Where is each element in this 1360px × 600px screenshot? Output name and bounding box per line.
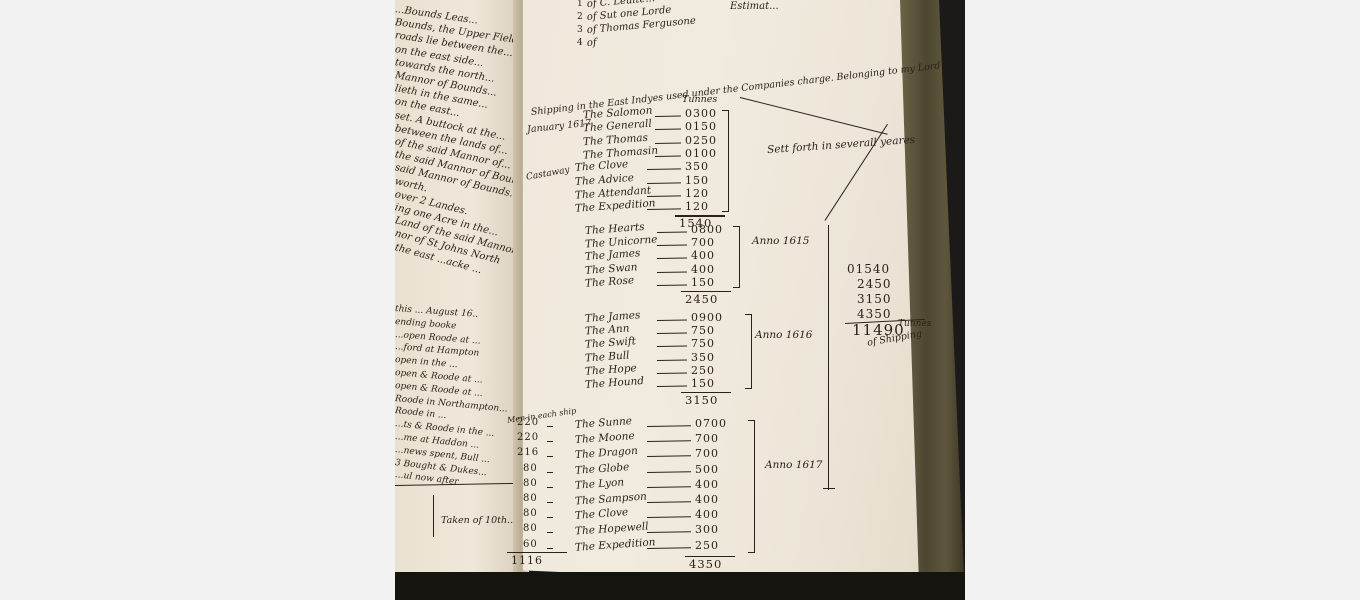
crew-dash xyxy=(547,426,553,427)
ship-crew-count: 80 xyxy=(523,464,538,474)
ship-tonnage: 120 xyxy=(685,188,709,199)
ship-tonnage: 400 xyxy=(695,494,719,505)
ship-crew-count: 220 xyxy=(517,433,539,443)
summary-line: 4350 xyxy=(857,308,892,320)
ship-tonnage: 400 xyxy=(691,250,715,261)
left-page-brace xyxy=(433,495,434,537)
ship-tonnage: 150 xyxy=(691,378,715,389)
ship-tonnage: 750 xyxy=(691,338,715,349)
ship-tonnage: 0700 xyxy=(695,418,727,429)
ship-tonnage: 250 xyxy=(695,540,719,551)
ship-tonnage: 400 xyxy=(695,509,719,520)
bottom-shadow xyxy=(395,572,965,600)
ship-crew-count: 80 xyxy=(523,509,538,519)
manuscript-photo: ...Bounds Leas...Bounds, the Upper Field… xyxy=(395,0,965,600)
ship-tonnage: 0100 xyxy=(685,148,717,159)
left-page-line: ending booke xyxy=(395,317,457,331)
ship-tonnage: 700 xyxy=(691,237,715,248)
ship-tonnage: 700 xyxy=(695,433,719,444)
crew-dash xyxy=(547,472,553,473)
ship-tonnage: 350 xyxy=(685,161,709,172)
ship-leader-line xyxy=(657,359,687,361)
top-list-number: 4 xyxy=(577,39,583,48)
ship-leader-line xyxy=(655,142,681,143)
tunnes-label: Tunnes xyxy=(682,95,717,105)
ship-leader-line xyxy=(647,182,681,184)
ship-tonnage: 120 xyxy=(685,201,709,212)
group-total: 4350 xyxy=(689,559,722,571)
crew-dash xyxy=(547,441,553,442)
ship-leader-line xyxy=(647,547,691,549)
group-bracket xyxy=(733,226,740,288)
ship-crew-count: 216 xyxy=(517,448,539,458)
ship-tonnage: 700 xyxy=(695,448,719,459)
group-note: Anno 1616 xyxy=(755,330,813,341)
summary-line: 2450 xyxy=(857,278,892,290)
ship-tonnage: 400 xyxy=(695,479,719,490)
ship-name: The Bull xyxy=(585,350,630,364)
group-bracket xyxy=(745,314,752,389)
crew-dash xyxy=(547,502,553,503)
ship-crew-count: 80 xyxy=(523,494,538,504)
ship-tonnage: 0250 xyxy=(685,135,717,146)
ship-tonnage: 300 xyxy=(695,524,719,535)
summary-line: 3150 xyxy=(857,293,892,305)
ship-leader-line xyxy=(647,471,691,473)
crew-total-rule xyxy=(507,552,567,553)
group-bracket xyxy=(722,110,729,212)
top-list-number: 3 xyxy=(577,26,583,35)
span-brace-line xyxy=(828,225,829,490)
ship-tonnage: 0150 xyxy=(685,121,717,132)
summary-unit: Tunnes xyxy=(898,320,931,329)
crew-dash xyxy=(547,456,553,457)
span-brace-tick-bottom xyxy=(823,488,835,489)
ship-tonnage: 0800 xyxy=(691,224,723,235)
crew-dash xyxy=(547,548,553,549)
ship-tonnage: 400 xyxy=(691,264,715,275)
ship-tonnage: 250 xyxy=(691,365,715,376)
crew-dash xyxy=(547,517,553,518)
ship-tonnage: 150 xyxy=(691,277,715,288)
summary-line: 01540 xyxy=(847,263,890,275)
ship-tonnage: 150 xyxy=(685,175,709,186)
ship-crew-count: 60 xyxy=(523,540,538,550)
top-list-number: 1 xyxy=(577,0,583,9)
top-list-brace-note: Estimat... xyxy=(730,2,779,12)
group-bracket xyxy=(748,420,755,553)
crew-dash xyxy=(547,487,553,488)
ship-tonnage: 0900 xyxy=(691,312,723,323)
group-note: Anno 1617 xyxy=(765,460,823,471)
left-page: ...Bounds Leas...Bounds, the Upper Field… xyxy=(395,0,522,572)
ship-tonnage: 350 xyxy=(691,352,715,363)
left-page-bottom-note: Taken of 10th... xyxy=(441,515,516,526)
ship-tonnage: 750 xyxy=(691,325,715,336)
ship-tonnage: 500 xyxy=(695,464,719,475)
group-note: Anno 1615 xyxy=(752,236,810,247)
ship-crew-count: 80 xyxy=(523,524,538,534)
ship-leader-line xyxy=(657,271,687,273)
crew-total: 1116 xyxy=(511,555,543,566)
group-total: 2450 xyxy=(685,294,718,306)
group-total: 3150 xyxy=(685,395,718,407)
ship-tonnage: 0300 xyxy=(685,108,717,119)
crew-dash xyxy=(547,532,553,533)
top-list-entry: of xyxy=(587,38,598,49)
top-list-number: 2 xyxy=(577,13,583,22)
ship-crew-count: 80 xyxy=(523,479,538,489)
